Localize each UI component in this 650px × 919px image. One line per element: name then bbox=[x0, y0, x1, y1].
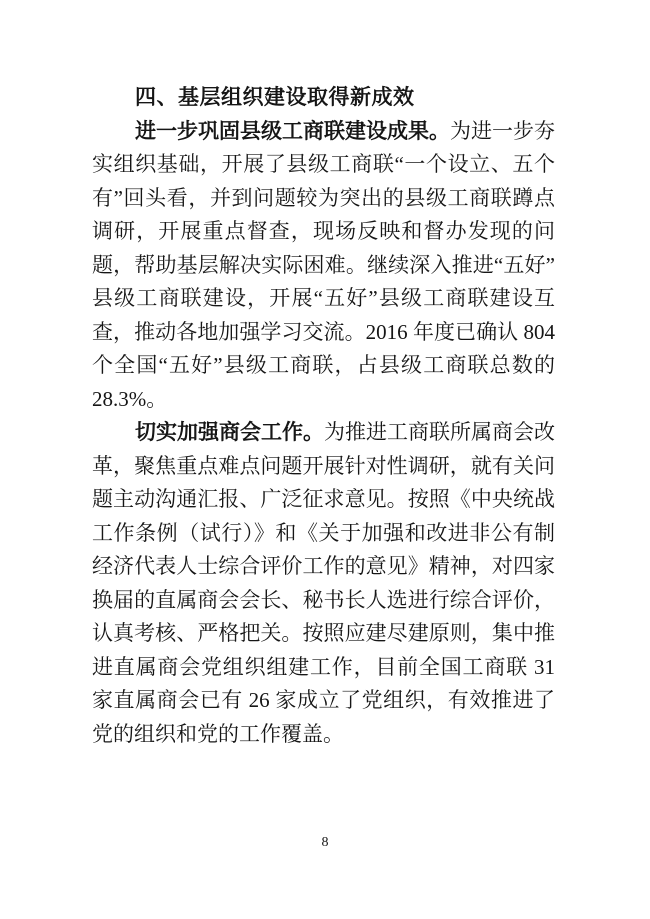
paragraph: 切实加强商会工作。为推进工商联所属商会改革，聚焦重点难点问题开展针对性调研，就有… bbox=[92, 416, 555, 751]
page-number: 8 bbox=[0, 835, 650, 851]
paragraph-lead: 切实加强商会工作。 bbox=[135, 420, 324, 444]
section-heading: 四、基层组织建设取得新成效 bbox=[92, 81, 555, 115]
paragraph: 进一步巩固县级工商联建设成果。为进一步夯实组织基础，开展了县级工商联“一个设立、… bbox=[92, 115, 555, 417]
paragraph-lead: 进一步巩固县级工商联建设成果。 bbox=[135, 119, 450, 143]
document-body: 四、基层组织建设取得新成效 进一步巩固县级工商联建设成果。为进一步夯实组织基础，… bbox=[92, 81, 555, 751]
document-page: 四、基层组织建设取得新成效 进一步巩固县级工商联建设成果。为进一步夯实组织基础，… bbox=[0, 0, 650, 919]
paragraph-text: 为进一步夯实组织基础，开展了县级工商联“一个设立、五个有”回头看，并到问题较为突… bbox=[92, 119, 555, 411]
paragraph-text: 为推进工商联所属商会改革，聚焦重点难点问题开展针对性调研，就有关问题主动沟通汇报… bbox=[92, 420, 555, 746]
